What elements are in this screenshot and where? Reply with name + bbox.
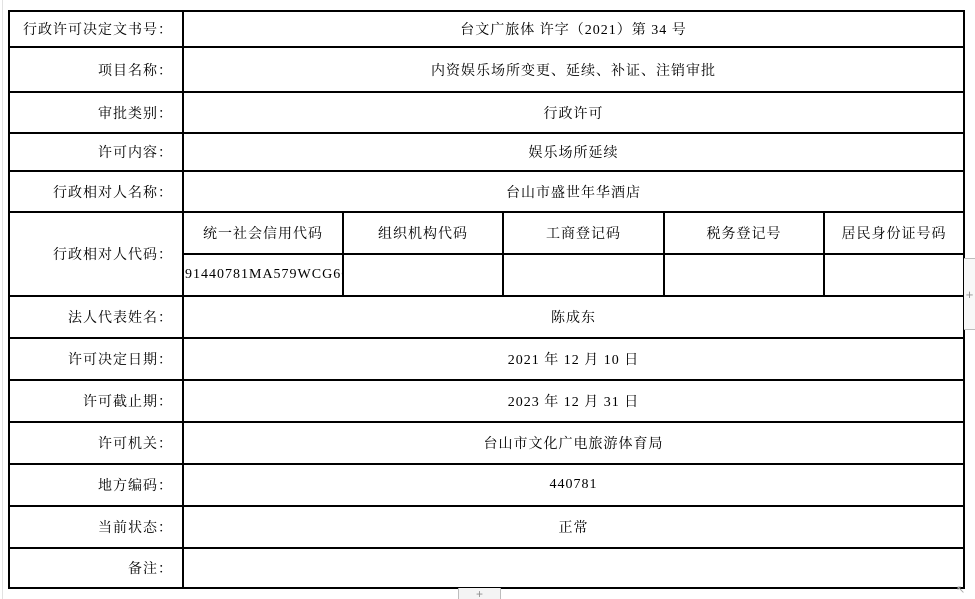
row-label-counterpart-name: 行政相对人名称： xyxy=(9,171,183,212)
subheader-business-registration-code: 工商登记码 xyxy=(503,212,664,254)
row-label-expiry-date: 许可截止期： xyxy=(9,380,183,422)
row-value-decision-date: 2021 年 12 月 10 日 xyxy=(183,338,964,380)
subvalue-organization-code xyxy=(343,254,503,296)
row-value-expiry-date: 2023 年 12 月 31 日 xyxy=(183,380,964,422)
subvalue-unified-social-credit-code: 91440781MA579WCG6Q xyxy=(183,254,343,296)
subheader-organization-code: 组织机构代码 xyxy=(343,212,503,254)
row-label-approval-category: 审批类别： xyxy=(9,92,183,133)
table-row: 许可截止期： 2023 年 12 月 31 日 xyxy=(9,380,964,422)
row-value-legal-representative: 陈成东 xyxy=(183,296,964,338)
table-row: 行政相对人代码： 统一社会信用代码 组织机构代码 工商登记码 税务登记号 居民身… xyxy=(9,212,964,254)
row-label-document-number: 行政许可决定文书号： xyxy=(9,11,183,47)
subvalue-resident-id-number xyxy=(824,254,964,296)
row-value-remarks xyxy=(183,548,964,588)
row-label-decision-date: 许可决定日期： xyxy=(9,338,183,380)
plus-icon: + xyxy=(476,588,483,599)
table-row: 地方编码： 440781 xyxy=(9,464,964,506)
row-label-local-code: 地方编码： xyxy=(9,464,183,506)
row-value-license-content: 娱乐场所延续 xyxy=(183,133,964,171)
table-row: 法人代表姓名： 陈成东 xyxy=(9,296,964,338)
subheader-resident-id-number: 居民身份证号码 xyxy=(824,212,964,254)
table-row: 备注： xyxy=(9,548,964,588)
table-row: 行政许可决定文书号： 台文广旅体 许字（2021）第 34 号 xyxy=(9,11,964,47)
license-record-page: 行政许可决定文书号： 台文广旅体 许字（2021）第 34 号 项目名称： 内资… xyxy=(0,0,975,599)
vertical-scroll-plus-control[interactable]: + xyxy=(964,258,975,330)
row-label-license-content: 许可内容： xyxy=(9,133,183,171)
row-value-local-code: 440781 xyxy=(183,464,964,506)
horizontal-scroll-plus-control[interactable]: + xyxy=(458,588,501,599)
row-label-legal-representative: 法人代表姓名： xyxy=(9,296,183,338)
row-value-current-status: 正常 xyxy=(183,506,964,548)
row-value-licensing-authority: 台山市文化广电旅游体育局 xyxy=(183,422,964,464)
table-row: 许可决定日期： 2021 年 12 月 10 日 xyxy=(9,338,964,380)
table-row: 许可内容： 娱乐场所延续 xyxy=(9,133,964,171)
row-label-licensing-authority: 许可机关： xyxy=(9,422,183,464)
row-label-counterpart-code: 行政相对人代码： xyxy=(9,212,183,296)
table-row: 当前状态： 正常 xyxy=(9,506,964,548)
row-label-remarks: 备注： xyxy=(9,548,183,588)
row-value-approval-category: 行政许可 xyxy=(183,92,964,133)
row-value-document-number: 台文广旅体 许字（2021）第 34 号 xyxy=(183,11,964,47)
subvalue-tax-registration-number xyxy=(664,254,824,296)
table-row: 审批类别： 行政许可 xyxy=(9,92,964,133)
subvalue-business-registration-code xyxy=(503,254,664,296)
row-label-current-status: 当前状态： xyxy=(9,506,183,548)
row-value-project-name: 内资娱乐场所变更、延续、补证、注销审批 xyxy=(183,47,964,92)
table-row: 行政相对人名称： 台山市盛世年华酒店 xyxy=(9,171,964,212)
left-edge-divider xyxy=(2,0,3,599)
row-label-project-name: 项目名称： xyxy=(9,47,183,92)
table-row: 许可机关： 台山市文化广电旅游体育局 xyxy=(9,422,964,464)
plus-icon: + xyxy=(966,287,974,302)
license-table: 行政许可决定文书号： 台文广旅体 许字（2021）第 34 号 项目名称： 内资… xyxy=(8,10,965,589)
corner-cursor-icon: ↖ xyxy=(956,583,965,596)
subheader-tax-registration-number: 税务登记号 xyxy=(664,212,824,254)
row-value-counterpart-name: 台山市盛世年华酒店 xyxy=(183,171,964,212)
table-row: 项目名称： 内资娱乐场所变更、延续、补证、注销审批 xyxy=(9,47,964,92)
subheader-unified-social-credit-code: 统一社会信用代码 xyxy=(183,212,343,254)
